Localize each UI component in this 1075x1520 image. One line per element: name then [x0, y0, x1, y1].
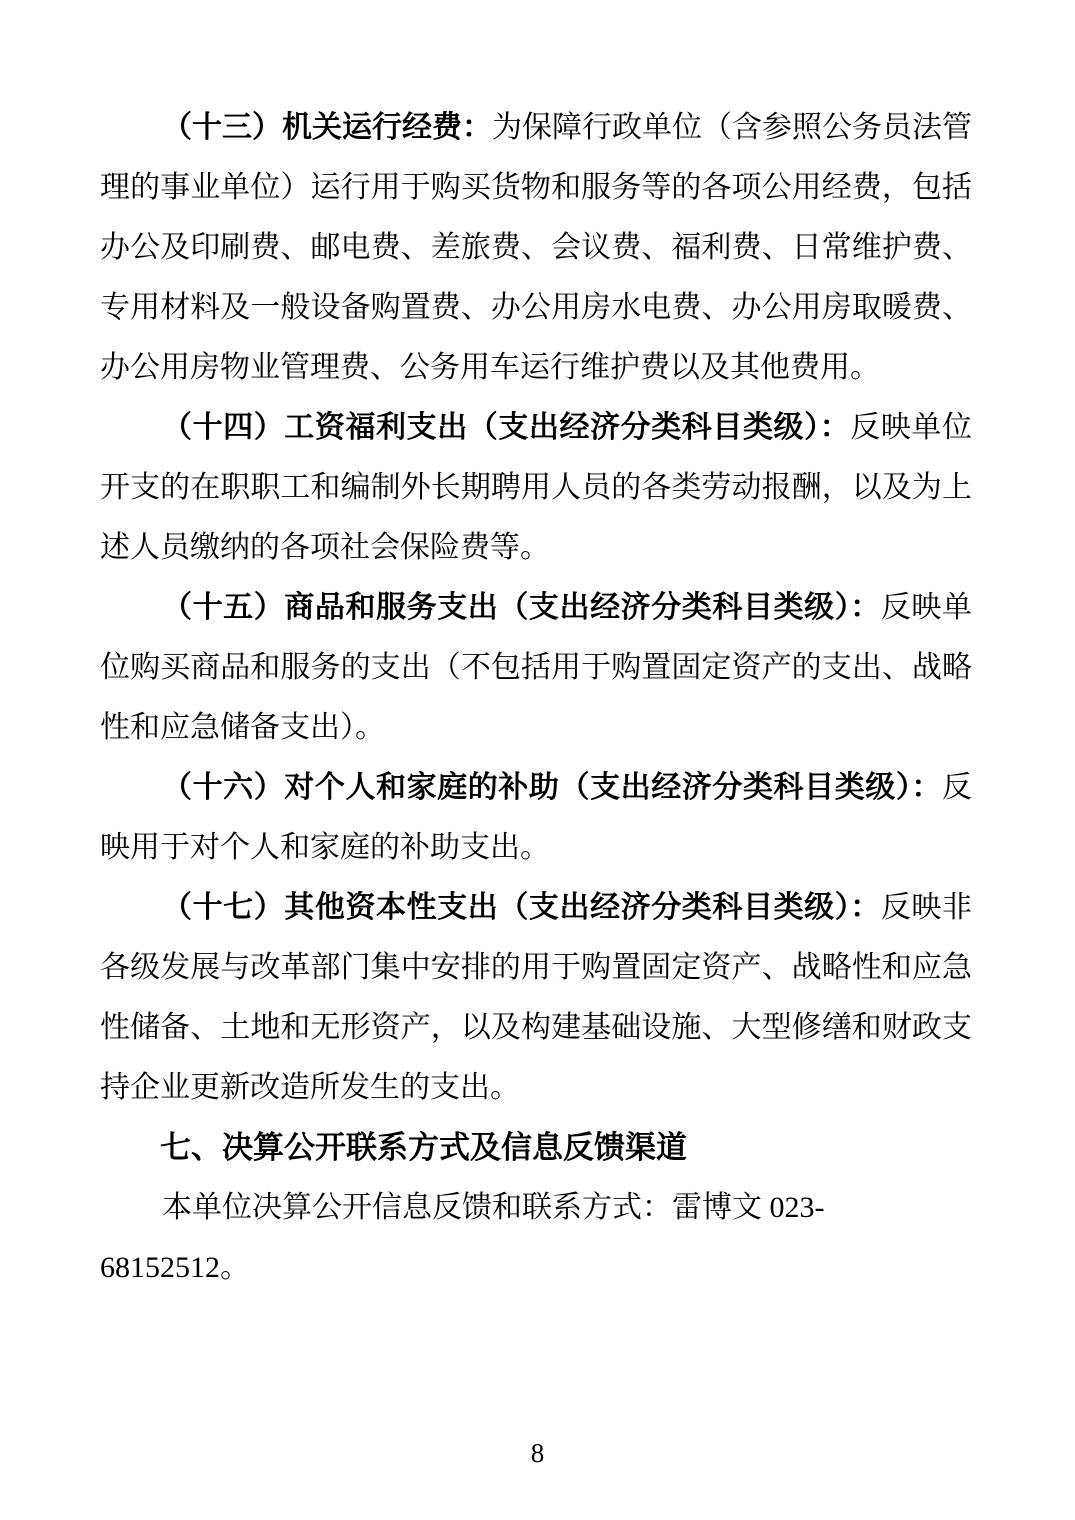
paragraph-lead: （十七）其他资本性支出（支出经济分类科目类级）：: [162, 891, 881, 924]
paragraph-item-17: （十七）其他资本性支出（支出经济分类科目类级）：反映非各级发展与改革部门集中安排…: [100, 878, 972, 1118]
paragraph-body: 为保障行政单位（含参照公务员法管理的事业单位）运行用于购买货物和服务等的各项公用…: [100, 111, 972, 384]
paragraph-item-15: （十五）商品和服务支出（支出经济分类科目类级）：反映单位购买商品和服务的支出（不…: [100, 578, 972, 758]
paragraph-lead: （十三）机关运行经费：: [162, 111, 492, 144]
contact-line: 本单位决算公开信息反馈和联系方式：雷博文 023-68152512。: [100, 1178, 972, 1298]
paragraph-item-13: （十三）机关运行经费：为保障行政单位（含参照公务员法管理的事业单位）运行用于购买…: [100, 98, 972, 398]
paragraph-lead: （十六）对个人和家庭的补助（支出经济分类科目类级）：: [162, 771, 942, 804]
contact-period: 。: [220, 1251, 250, 1284]
page-number: 8: [0, 1438, 1075, 1469]
contact-text: 本单位决算公开信息反馈和联系方式：雷博文: [162, 1191, 770, 1224]
document-page: （十三）机关运行经费：为保障行政单位（含参照公务员法管理的事业单位）运行用于购买…: [0, 0, 1075, 1520]
paragraph-lead: （十五）商品和服务支出（支出经济分类科目类级）：: [162, 591, 881, 624]
document-content: （十三）机关运行经费：为保障行政单位（含参照公务员法管理的事业单位）运行用于购买…: [100, 98, 972, 1298]
paragraph-item-16: （十六）对个人和家庭的补助（支出经济分类科目类级）：反映用于对个人和家庭的补助支…: [100, 758, 972, 878]
paragraph-lead: （十四）工资福利支出（支出经济分类科目类级）：: [162, 411, 850, 444]
paragraph-item-14: （十四）工资福利支出（支出经济分类科目类级）：反映单位开支的在职职工和编制外长期…: [100, 398, 972, 578]
section-heading: 七、决算公开联系方式及信息反馈渠道: [100, 1118, 972, 1178]
